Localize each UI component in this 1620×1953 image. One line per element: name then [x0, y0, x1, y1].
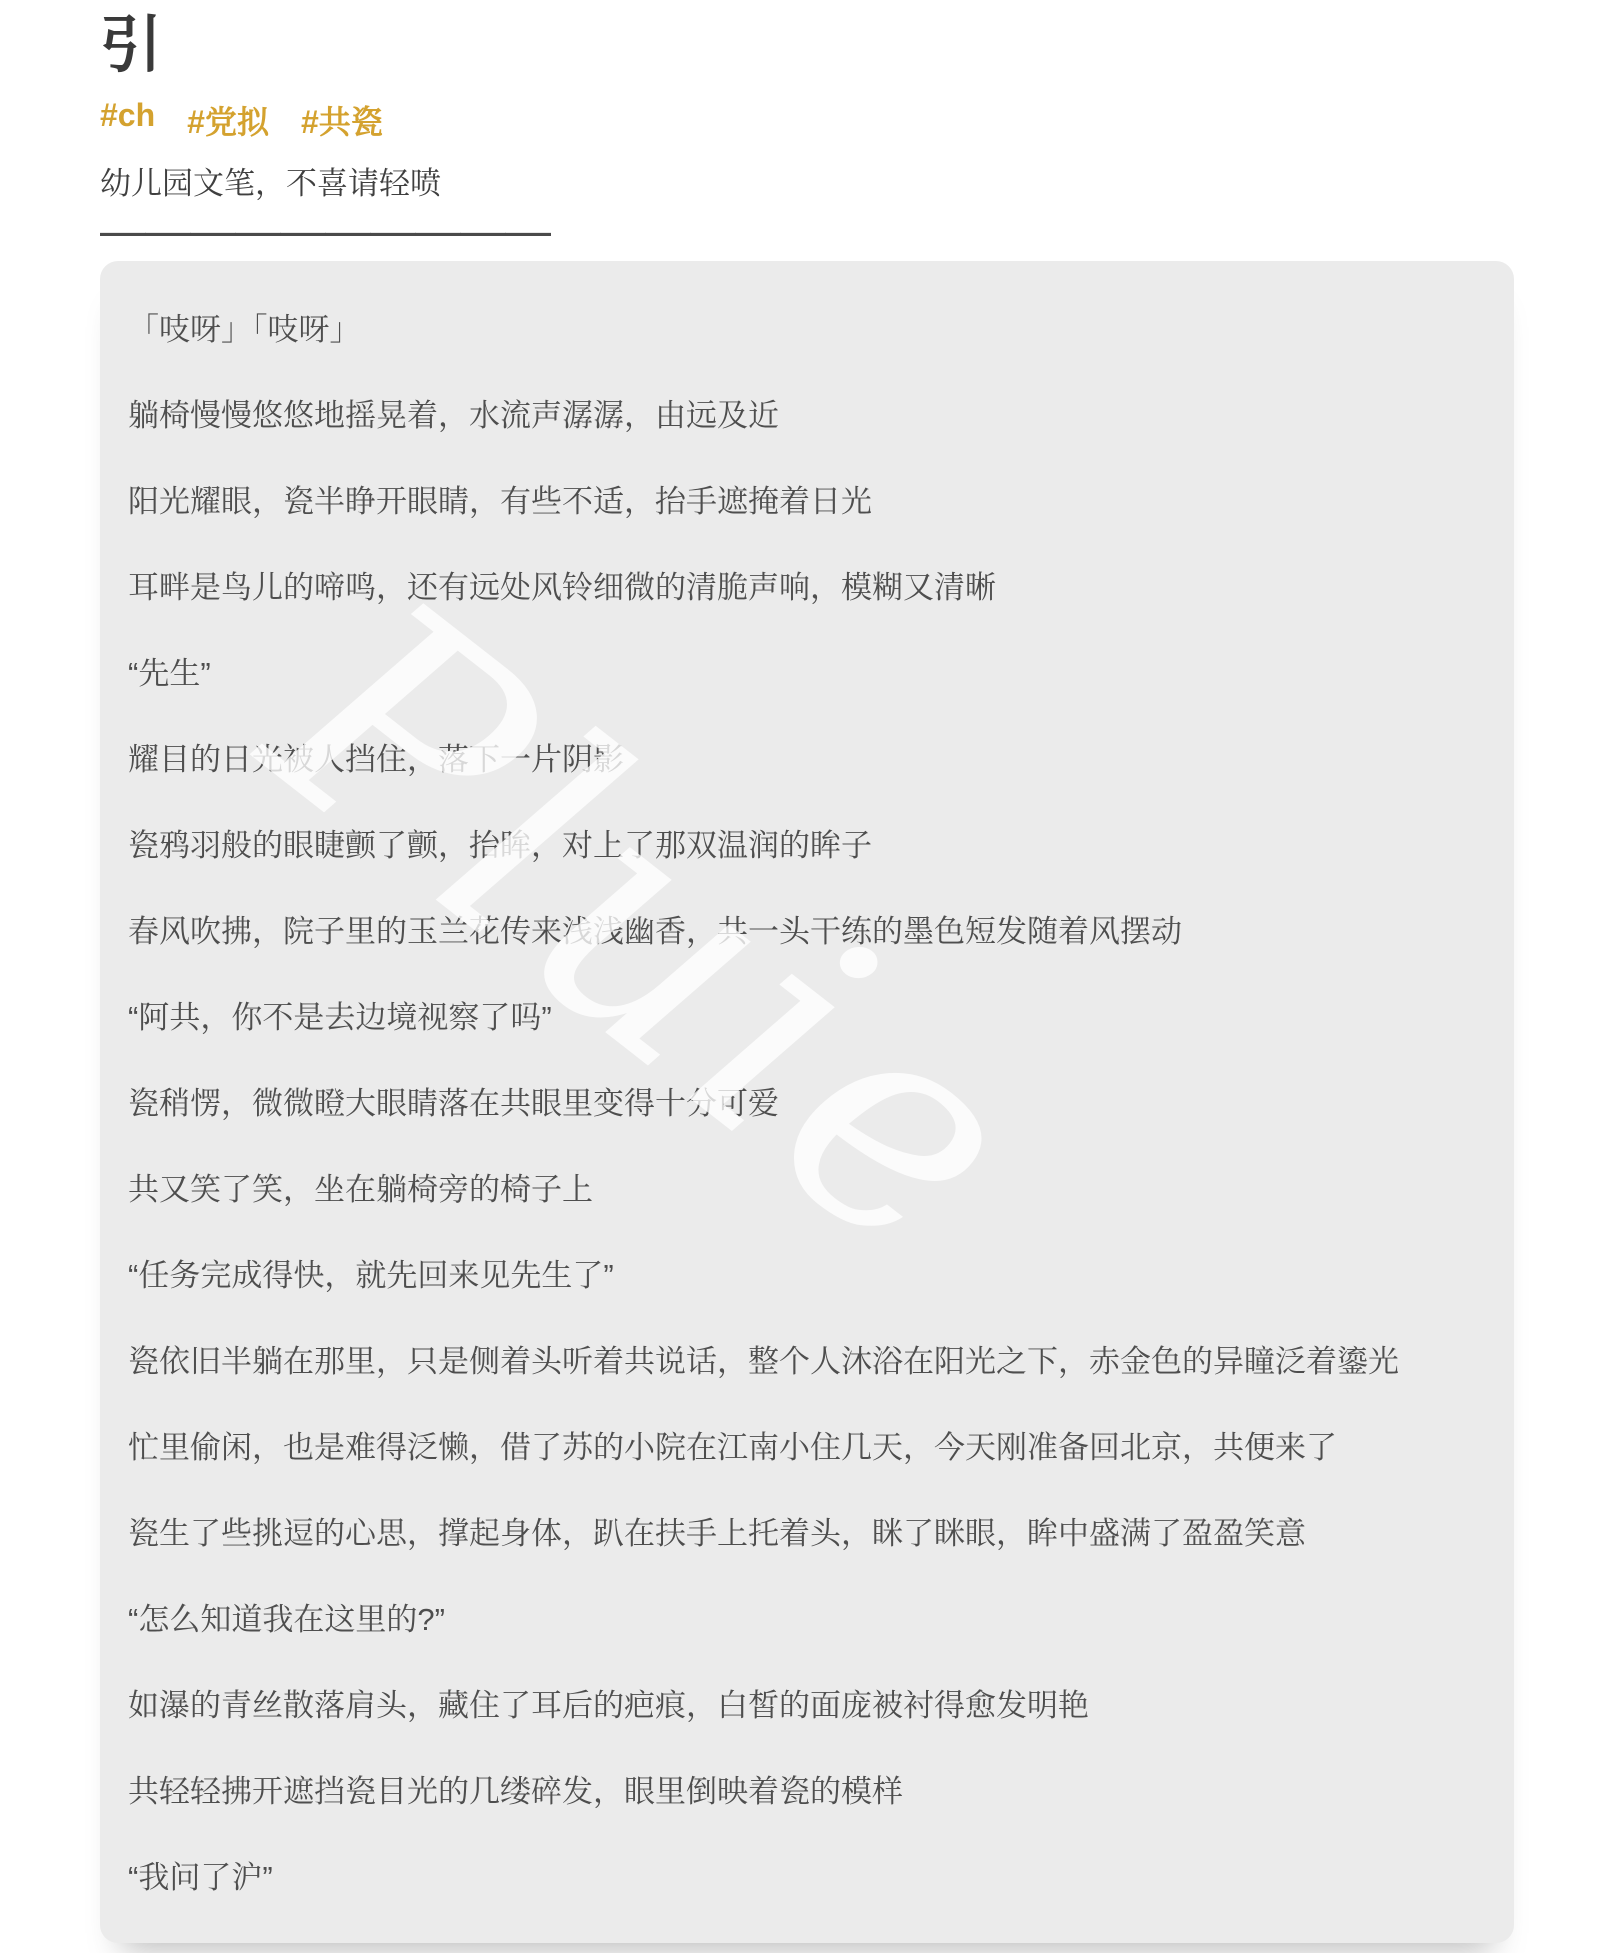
- story-paragraph: “我问了沪”: [128, 1855, 1474, 1901]
- page-title: 引: [100, 10, 1620, 81]
- story-paragraphs: 「吱呀」「吱呀」躺椅慢慢悠悠地摇晃着，水流声潺潺，由远及近阳光耀眼，瓷半睁开眼睛…: [128, 307, 1474, 1901]
- story-paragraph: 共轻轻拂开遮挡瓷目光的几缕碎发，眼里倒映着瓷的模样: [128, 1769, 1474, 1815]
- story-paragraph: 共又笑了笑，坐在躺椅旁的椅子上: [128, 1167, 1474, 1213]
- story-paragraph: 瓷依旧半躺在那里，只是侧着头听着共说话，整个人沐浴在阳光之下，赤金色的异瞳泛着鎏…: [128, 1339, 1474, 1385]
- story-paragraph: 瓷生了些挑逗的心思，撑起身体，趴在扶手上托着头，眯了眯眼，眸中盛满了盈盈笑意: [128, 1511, 1474, 1557]
- story-paragraph: “阿共，你不是去边境视察了吗”: [128, 995, 1474, 1041]
- hashtag-link[interactable]: #共瓷: [301, 97, 383, 143]
- story-paragraph: 阳光耀眼，瓷半睁开眼睛，有些不适，抬手遮掩着日光: [128, 479, 1474, 525]
- tag-list: #ch#党拟#共瓷: [100, 97, 1620, 143]
- story-paragraph: “先生”: [128, 651, 1474, 697]
- story-paragraph: 耳畔是鸟儿的啼鸣，还有远处风铃细微的清脆声响，模糊又清晰: [128, 565, 1474, 611]
- story-paragraph: 「吱呀」「吱呀」: [128, 307, 1474, 353]
- story-paragraph: 耀目的日光被人挡住，落下一片阴影: [128, 737, 1474, 783]
- story-box: 「吱呀」「吱呀」躺椅慢慢悠悠地摇晃着，水流声潺潺，由远及近阳光耀眼，瓷半睁开眼睛…: [100, 261, 1514, 1943]
- story-paragraph: 忙里偷闲，也是难得泛懒，借了苏的小院在江南小住几天，今天刚准备回北京，共便来了: [128, 1425, 1474, 1471]
- story-paragraph: 瓷鸦羽般的眼睫颤了颤，抬眸，对上了那双温润的眸子: [128, 823, 1474, 869]
- divider: ——————————: [100, 217, 1620, 253]
- author-note: 幼儿园文笔，不喜请轻喷: [100, 158, 1620, 203]
- hashtag-link[interactable]: #党拟: [187, 97, 269, 143]
- story-paragraph: 瓷稍愣，微微瞪大眼睛落在共眼里变得十分可爱: [128, 1081, 1474, 1127]
- story-paragraph: “任务完成得快，就先回来见先生了”: [128, 1253, 1474, 1299]
- post-page: 引 #ch#党拟#共瓷 幼儿园文笔，不喜请轻喷 —————————— 「吱呀」「…: [0, 0, 1620, 1943]
- story-paragraph: 躺椅慢慢悠悠地摇晃着，水流声潺潺，由远及近: [128, 393, 1474, 439]
- hashtag-link[interactable]: #ch: [100, 97, 155, 143]
- story-paragraph: 如瀑的青丝散落肩头，藏住了耳后的疤痕，白皙的面庞被衬得愈发明艳: [128, 1683, 1474, 1729]
- story-paragraph: “怎么知道我在这里的?”: [128, 1597, 1474, 1643]
- story-paragraph: 春风吹拂，院子里的玉兰花传来浅浅幽香，共一头干练的墨色短发随着风摆动: [128, 909, 1474, 955]
